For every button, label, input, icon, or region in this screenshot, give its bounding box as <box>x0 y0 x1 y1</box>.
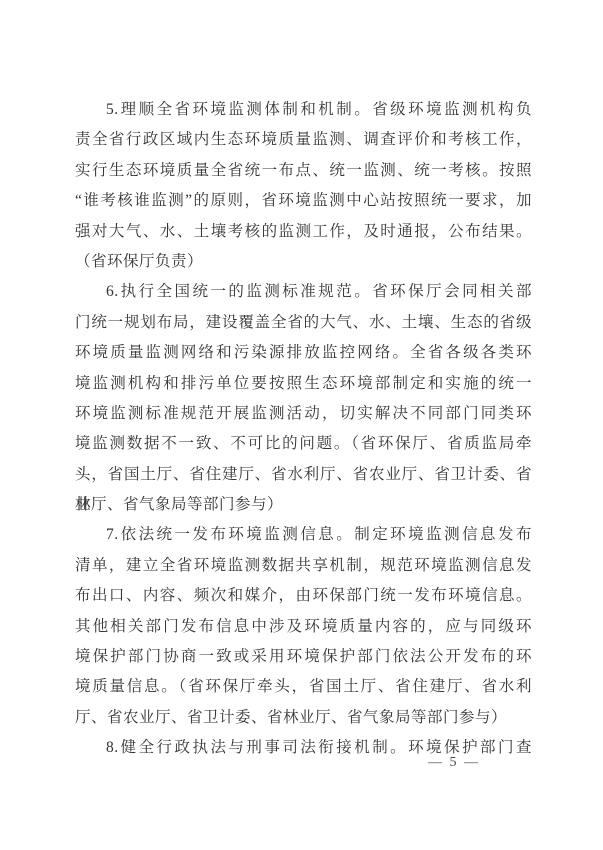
text-line: 责全省行政区域内生态环境质量监测、调查评价和考核工作， <box>75 125 532 155</box>
text-line: 门统一规划布局，建设覆盖全省的大气、水、土壤、生态的省级 <box>75 308 532 338</box>
text-line: 境监测数据不一致、不可比的问题。（省环保厅、省质监局牵 <box>75 429 532 459</box>
text-line: 境保护部门协商一致或采用环境保护部门依法公开发布的环 <box>75 642 532 672</box>
text-line: 6.执行全国统一的监测标准规范。省环保厅会同相关部 <box>75 277 532 307</box>
page-number: — 5 — <box>428 755 518 771</box>
document-page: 5.理顺全省环境监测体制和机制。省级环境监测机构负责全省行政区域内生态环境质量监… <box>0 0 603 850</box>
text-line: （省环保厅负责） <box>75 247 532 277</box>
text-line: 清单，建立全省环境监测数据共享机制，规范环境监测信息发 <box>75 551 532 581</box>
text-line: 境质量信息。（省环保厅牵头，省国土厅、省住建厅、省水利 <box>75 672 532 702</box>
text-line: 环境监测标准规范开展监测活动，切实解决不同部门同类环 <box>75 399 532 429</box>
document-body: 5.理顺全省环境监测体制和机制。省级环境监测机构负责全省行政区域内生态环境质量监… <box>75 95 532 764</box>
text-line: “谁考核谁监测”的原则，省环境监测中心站按照统一要求，加 <box>75 186 532 216</box>
text-line: 布出口、内容、频次和媒介，由环保部门统一发布环境信息。 <box>75 581 532 611</box>
text-line: 厅、省农业厅、省卫计委、省林业厅、省气象局等部门参与） <box>75 703 532 733</box>
text-line: 业厅、省气象局等部门参与） <box>75 490 532 520</box>
text-line: 5.理顺全省环境监测体制和机制。省级环境监测机构负 <box>75 95 532 125</box>
text-line: 强对大气、水、土壤考核的监测工作，及时通报，公布结果。 <box>75 217 532 247</box>
text-line: 头，省国土厅、省住建厅、省水利厅、省农业厅、省卫计委、省林 <box>75 460 532 490</box>
text-line: 7.依法统一发布环境监测信息。制定环境监测信息发布 <box>75 520 532 550</box>
text-line: 环境质量监测网络和污染源排放监控网络。全省各级各类环 <box>75 338 532 368</box>
text-line: 实行生态环境质量全省统一布点、统一监测、统一考核。按照 <box>75 156 532 186</box>
text-line: 其他相关部门发布信息中涉及环境质量内容的，应与同级环 <box>75 612 532 642</box>
text-line: 境监测机构和排污单位要按照生态环境部制定和实施的统一 <box>75 369 532 399</box>
